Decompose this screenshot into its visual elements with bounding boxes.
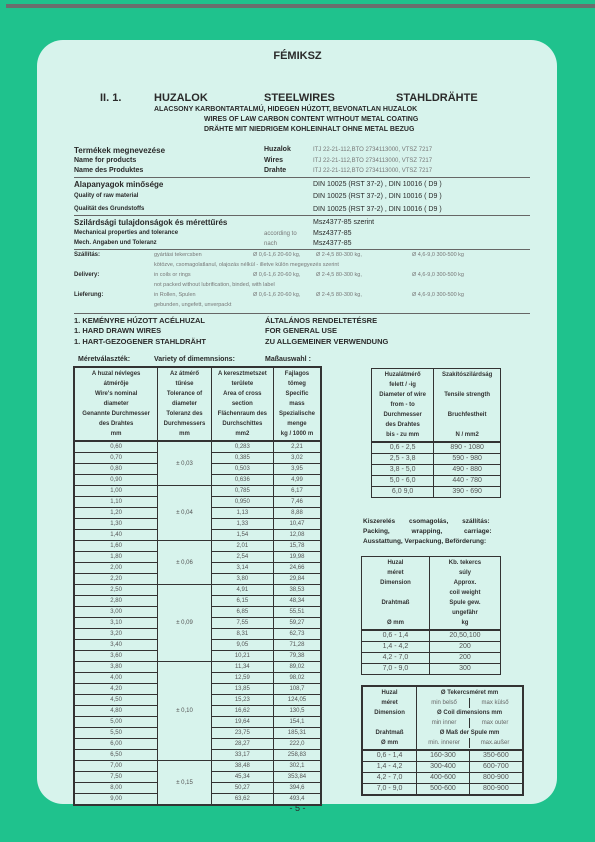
weight-cell: 200 bbox=[429, 653, 500, 664]
dimension-cell: 0,6 - 1,4 bbox=[362, 630, 430, 642]
mass-cell: 29,84 bbox=[273, 574, 321, 585]
column-header: FajlagostömegSpecificmassSpezialischemen… bbox=[273, 367, 321, 441]
standard-value: Msz4377-85 bbox=[313, 240, 352, 247]
delivery-note: not packed without lubrification, binded… bbox=[154, 282, 275, 288]
area-cell: 16,62 bbox=[211, 706, 273, 717]
diameter-cell: 5,50 bbox=[74, 728, 158, 739]
area-cell: 7,55 bbox=[211, 618, 273, 629]
table-row: 1,60± 0,062,0115,78 bbox=[74, 541, 321, 552]
divider bbox=[74, 249, 530, 250]
variety-label-en: Variety of dimemnsions: bbox=[154, 356, 235, 363]
area-cell: 33,17 bbox=[211, 750, 273, 761]
tolerance-cell: ± 0,06 bbox=[158, 541, 211, 585]
mass-cell: 8,88 bbox=[273, 508, 321, 519]
delivery-label: Szállítás: bbox=[74, 252, 100, 258]
mass-cell: 258,83 bbox=[273, 750, 321, 761]
diameter-cell: 3,20 bbox=[74, 629, 158, 640]
mass-cell: 12,08 bbox=[273, 530, 321, 541]
category-left: 1. KEMÉNYRE HÚZOTT ACÉLHUZAL bbox=[74, 316, 205, 325]
delivery-range: Ø 4,6-9,0 300-500 kg bbox=[412, 292, 464, 298]
diameter-cell: 3,00 bbox=[74, 607, 158, 618]
product-name: Wires bbox=[264, 157, 283, 164]
min-inner-cell: 160-300 bbox=[417, 750, 470, 762]
mass-cell: 10,47 bbox=[273, 519, 321, 530]
area-cell: 38,48 bbox=[211, 761, 273, 772]
table-row: 3,8 - 5,0490 - 880 bbox=[372, 465, 501, 476]
header-subtitle: min. innerermax.außer bbox=[419, 738, 520, 748]
diameter-cell: 2,80 bbox=[74, 596, 158, 607]
sub-max: max külső bbox=[470, 698, 520, 708]
size-table: A huzal névlegesátmérőjeWire's nominaldi… bbox=[73, 366, 322, 806]
area-cell: 2,54 bbox=[211, 552, 273, 563]
diameter-range-cell: 3,8 - 5,0 bbox=[372, 465, 434, 476]
diameter-cell: 0,80 bbox=[74, 464, 158, 475]
diameter-cell: 6,00 bbox=[74, 739, 158, 750]
subtitle-hu: ALACSONY KARBONTARTALMÚ, HIDEGEN HÚZOTT,… bbox=[154, 106, 417, 113]
product-code: ITJ 22-21-112,BTO 2734113000, VTSZ 7217 bbox=[313, 168, 432, 174]
spec-prefix: according to bbox=[264, 231, 297, 237]
product-code: ITJ 22-21-112,BTO 2734113000, VTSZ 7217 bbox=[313, 158, 432, 164]
tensile-cell: 890 - 1080 bbox=[434, 442, 501, 454]
standard-value: Msz4377-85 szerint bbox=[313, 219, 374, 226]
max-outer-cell: 350-600 bbox=[469, 750, 523, 762]
diameter-cell: 1,10 bbox=[74, 497, 158, 508]
table-row: 7,00± 0,1538,48302,1 bbox=[74, 761, 321, 772]
mass-cell: 185,31 bbox=[273, 728, 321, 739]
delivery-label: Lieferung: bbox=[74, 292, 103, 298]
dimension-cell: 0,6 - 1,4 bbox=[362, 750, 417, 762]
diameter-cell: 3,80 bbox=[74, 662, 158, 673]
diameter-cell: 6,50 bbox=[74, 750, 158, 761]
mass-cell: 7,46 bbox=[273, 497, 321, 508]
diameter-cell: 1,30 bbox=[74, 519, 158, 530]
header-title: Ø Maß der Spule mm bbox=[419, 728, 520, 738]
delivery-range: Ø 4,6-9,0 300-500 kg bbox=[412, 252, 464, 258]
brand-title: FÉMIKSZ bbox=[0, 50, 595, 62]
max-outer-cell: 800-900 bbox=[469, 773, 523, 784]
area-cell: 3,14 bbox=[211, 563, 273, 574]
area-cell: 12,59 bbox=[211, 673, 273, 684]
area-cell: 0,636 bbox=[211, 475, 273, 486]
column-header: A huzal névlegesátmérőjeWire's nominaldi… bbox=[74, 367, 158, 441]
mass-cell: 2,21 bbox=[273, 441, 321, 453]
diameter-cell: 4,50 bbox=[74, 695, 158, 706]
diameter-range-cell: 2,5 - 3,8 bbox=[372, 454, 434, 465]
column-header: Szakítószilárdság Tensile strength Bruch… bbox=[434, 369, 501, 443]
max-outer-cell: 600-700 bbox=[469, 762, 523, 773]
diameter-cell: 4,20 bbox=[74, 684, 158, 695]
delivery-desc: in coils or rings bbox=[154, 272, 191, 278]
area-cell: 4,91 bbox=[211, 585, 273, 596]
mass-cell: 394,6 bbox=[273, 783, 321, 794]
sub-max: max.außer bbox=[470, 738, 520, 748]
mass-cell: 19,98 bbox=[273, 552, 321, 563]
diameter-cell: 2,50 bbox=[74, 585, 158, 596]
area-cell: 0,283 bbox=[211, 441, 273, 453]
header-subtitle: min innermax outer bbox=[419, 718, 520, 728]
header-subtitle: min belsőmax külső bbox=[419, 698, 520, 708]
category-right: ZU ALLGEMEINER VERWENDUNG bbox=[265, 337, 388, 346]
dimension-cell: 1,4 - 4,2 bbox=[362, 642, 430, 653]
coil-weight-table: HuzalméretDimension Drahtmaß Ø mmKb. tek… bbox=[361, 556, 501, 675]
spec-label: Qualität des Grundstoffs bbox=[74, 206, 144, 212]
table-row: 7,0 - 9,0500-600800-900 bbox=[362, 784, 523, 796]
spec-label: Quality of raw material bbox=[74, 193, 138, 199]
table-row: 1,4 - 4,2300-400600-700 bbox=[362, 762, 523, 773]
category-left: 1. HARD DRAWN WIRES bbox=[74, 326, 161, 335]
raw-material-value: DIN 10025 (RST 37-2) , DIN 10016 ( D9 ) bbox=[313, 206, 442, 213]
area-cell: 1,13 bbox=[211, 508, 273, 519]
coil-dimensions-table: HuzalméretDimension DrahtmaßØ mmØ Tekerc… bbox=[361, 685, 524, 796]
diameter-cell: 7,50 bbox=[74, 772, 158, 783]
tolerance-cell: ± 0,15 bbox=[158, 761, 211, 806]
header-row: HuzalméretDimension Drahtmaß Ø mmKb. tek… bbox=[362, 557, 501, 631]
table-row: 3,80± 0,1011,3489,02 bbox=[74, 662, 321, 673]
mass-cell: 4,99 bbox=[273, 475, 321, 486]
mass-cell: 15,78 bbox=[273, 541, 321, 552]
area-cell: 6,85 bbox=[211, 607, 273, 618]
mass-cell: 353,84 bbox=[273, 772, 321, 783]
delivery-desc: gyártási tekercsben bbox=[154, 252, 202, 258]
table-row: 1,4 - 4,2200 bbox=[362, 642, 501, 653]
column-header: Kb. tekercssúlyApprox.coil weightSpule g… bbox=[429, 557, 500, 631]
tensile-cell: 490 - 880 bbox=[434, 465, 501, 476]
spec-label: Szilárdsági tulajdonságok és mérettűrés bbox=[74, 218, 227, 227]
area-cell: 0,785 bbox=[211, 486, 273, 497]
table-row: 4,2 - 7,0400-600800-900 bbox=[362, 773, 523, 784]
header-row: HuzalméretDimension DrahtmaßØ mmØ Tekerc… bbox=[362, 686, 523, 750]
mass-cell: 3,02 bbox=[273, 453, 321, 464]
dimension-cell: 4,2 - 7,0 bbox=[362, 653, 430, 664]
mass-cell: 108,7 bbox=[273, 684, 321, 695]
standard-value: Msz4377-85 bbox=[313, 230, 352, 237]
mass-cell: 48,34 bbox=[273, 596, 321, 607]
tolerance-cell: ± 0,10 bbox=[158, 662, 211, 761]
packing-line-de: Ausstattung, Verpackung, Beförderung: bbox=[363, 538, 486, 545]
section-title-de: STAHLDRÄHTE bbox=[396, 92, 478, 104]
diameter-cell: 3,40 bbox=[74, 640, 158, 651]
mass-cell: 124,05 bbox=[273, 695, 321, 706]
mass-cell: 79,38 bbox=[273, 651, 321, 662]
diameter-cell: 3,10 bbox=[74, 618, 158, 629]
table-row: 0,60± 0,030,2832,21 bbox=[74, 441, 321, 453]
min-inner-cell: 400-600 bbox=[417, 773, 470, 784]
table-row: 1,00± 0,040,7856,17 bbox=[74, 486, 321, 497]
packing-line-en: Packing, wrapping, carriage: bbox=[363, 528, 492, 535]
sub-min: min. innerer bbox=[419, 738, 470, 748]
area-cell: 13,85 bbox=[211, 684, 273, 695]
delivery-range: Ø 2-4,5 80-300 kg, bbox=[316, 252, 362, 258]
mass-cell: 55,51 bbox=[273, 607, 321, 618]
diameter-cell: 0,90 bbox=[74, 475, 158, 486]
mass-cell: 71,28 bbox=[273, 640, 321, 651]
delivery-range: Ø 0,6-1,6 20-60 kg, bbox=[253, 292, 300, 298]
max-outer-cell: 800-900 bbox=[469, 784, 523, 796]
header-title: Ø Coil dimensions mm bbox=[419, 708, 520, 718]
section-title-hu: HUZALOK bbox=[154, 92, 208, 104]
diameter-cell: 1,40 bbox=[74, 530, 158, 541]
category-right: ÁLTALÁNOS RENDELTETÉSRE bbox=[265, 316, 377, 325]
area-cell: 3,80 bbox=[211, 574, 273, 585]
column-header: HuzalméretDimension Drahtmaß Ø mm bbox=[362, 557, 430, 631]
delivery-range: Ø 0,6-1,6 20-60 kg, bbox=[253, 252, 300, 258]
diameter-cell: 2,20 bbox=[74, 574, 158, 585]
table-row: 5,0 - 6,0440 - 780 bbox=[372, 476, 501, 487]
weight-cell: 200 bbox=[429, 642, 500, 653]
tolerance-cell: ± 0,09 bbox=[158, 585, 211, 662]
area-cell: 19,64 bbox=[211, 717, 273, 728]
dimension-cell: 7,0 - 9,0 bbox=[362, 784, 417, 796]
sub-min: min belső bbox=[419, 698, 470, 708]
table-row: 0,6 - 1,4160-300350-600 bbox=[362, 750, 523, 762]
area-cell: 50,27 bbox=[211, 783, 273, 794]
diameter-cell: 0,60 bbox=[74, 441, 158, 453]
divider bbox=[74, 313, 530, 314]
area-cell: 23,75 bbox=[211, 728, 273, 739]
divider bbox=[74, 177, 530, 178]
column-header: Huzalátmérőfelett / -igDiameter of wiref… bbox=[372, 369, 434, 443]
column-header: A keresztmetszetterületeArea of crosssec… bbox=[211, 367, 273, 441]
product-name: Drahte bbox=[264, 167, 286, 174]
variety-label-hu: Méretválaszték: bbox=[78, 356, 130, 363]
spec-label: Mech. Angaben und Toleranz bbox=[74, 240, 157, 246]
diameter-cell: 1,80 bbox=[74, 552, 158, 563]
tolerance-cell: ± 0,03 bbox=[158, 441, 211, 486]
raw-material-value: DIN 10025 (RST 37-2) , DIN 10016 ( D9 ) bbox=[313, 193, 442, 200]
area-cell: 8,31 bbox=[211, 629, 273, 640]
diameter-cell: 3,60 bbox=[74, 651, 158, 662]
mass-cell: 89,02 bbox=[273, 662, 321, 673]
area-cell: 0,503 bbox=[211, 464, 273, 475]
area-cell: 11,34 bbox=[211, 662, 273, 673]
section-number: II. 1. bbox=[100, 92, 121, 104]
tolerance-cell: ± 0,04 bbox=[158, 486, 211, 541]
area-cell: 10,21 bbox=[211, 651, 273, 662]
weight-cell: 300 bbox=[429, 664, 500, 675]
tensile-strength-table: Huzalátmérőfelett / -igDiameter of wiref… bbox=[371, 368, 501, 498]
table-row: 7,0 - 9,0300 bbox=[362, 664, 501, 675]
spec-label: Alapanyagok minősége bbox=[74, 180, 163, 189]
diameter-cell: 1,60 bbox=[74, 541, 158, 552]
spec-label: Mechanical properties and tolerance bbox=[74, 230, 178, 236]
table-row: 0,6 - 2,5890 - 1080 bbox=[372, 442, 501, 454]
area-cell: 28,27 bbox=[211, 739, 273, 750]
diameter-cell: 1,20 bbox=[74, 508, 158, 519]
area-cell: 0,385 bbox=[211, 453, 273, 464]
mass-cell: 302,1 bbox=[273, 761, 321, 772]
column-header: Az átmérőtűréseTolerance ofdiameterToler… bbox=[158, 367, 211, 441]
diameter-range-cell: 6,0 9,0 bbox=[372, 487, 434, 498]
area-cell: 9,05 bbox=[211, 640, 273, 651]
sub-min: min inner bbox=[419, 718, 470, 728]
table-row: 2,5 - 3,8590 - 980 bbox=[372, 454, 501, 465]
mass-cell: 24,66 bbox=[273, 563, 321, 574]
divider bbox=[74, 215, 530, 216]
table-row: 2,50± 0,094,9138,53 bbox=[74, 585, 321, 596]
mass-cell: 62,73 bbox=[273, 629, 321, 640]
diameter-cell: 1,00 bbox=[74, 486, 158, 497]
area-cell: 1,33 bbox=[211, 519, 273, 530]
area-cell: 15,23 bbox=[211, 695, 273, 706]
weight-cell: 20,50,100 bbox=[429, 630, 500, 642]
mass-cell: 154,1 bbox=[273, 717, 321, 728]
min-inner-cell: 500-600 bbox=[417, 784, 470, 796]
diameter-cell: 7,00 bbox=[74, 761, 158, 772]
delivery-label: Delivery: bbox=[74, 272, 99, 278]
diameter-cell: 5,00 bbox=[74, 717, 158, 728]
mass-cell: 130,5 bbox=[273, 706, 321, 717]
page-number: - 5 - bbox=[0, 803, 595, 813]
area-cell: 2,01 bbox=[211, 541, 273, 552]
section-title-en: STEELWIRES bbox=[264, 92, 335, 104]
delivery-range: Ø 4,6-9,0 300-500 kg bbox=[412, 272, 464, 278]
column-header: Ø Tekercsméret mmmin belsőmax külsőØ Coi… bbox=[417, 686, 523, 750]
min-inner-cell: 300-400 bbox=[417, 762, 470, 773]
category-right: FOR GENERAL USE bbox=[265, 326, 337, 335]
header-row: A huzal névlegesátmérőjeWire's nominaldi… bbox=[74, 367, 321, 441]
subtitle-en: WIRES OF LAW CARBON CONTENT WITHOUT META… bbox=[204, 116, 418, 123]
scan-top-edge bbox=[6, 4, 595, 8]
diameter-cell: 4,00 bbox=[74, 673, 158, 684]
mass-cell: 98,02 bbox=[273, 673, 321, 684]
delivery-range: Ø 0,6-1,6 20-60 kg, bbox=[253, 272, 300, 278]
table-row: 4,2 - 7,0200 bbox=[362, 653, 501, 664]
packing-line-hu: Kiszerelés csomagolás, szállítás: bbox=[363, 518, 490, 525]
diameter-cell: 4,80 bbox=[74, 706, 158, 717]
category-left: 1. HART-GEZOGENER STAHLDRÄHT bbox=[74, 337, 206, 346]
variety-label-de: Maßauswahl : bbox=[265, 356, 311, 363]
diameter-range-cell: 5,0 - 6,0 bbox=[372, 476, 434, 487]
mass-cell: 6,17 bbox=[273, 486, 321, 497]
spec-label: Name des Produktes bbox=[74, 167, 143, 174]
sub-max: max outer bbox=[470, 718, 520, 728]
spec-prefix: nach bbox=[264, 241, 277, 247]
area-cell: 1,54 bbox=[211, 530, 273, 541]
mass-cell: 38,53 bbox=[273, 585, 321, 596]
diameter-cell: 8,00 bbox=[74, 783, 158, 794]
mass-cell: 3,95 bbox=[273, 464, 321, 475]
table-row: 6,0 9,0390 - 690 bbox=[372, 487, 501, 498]
delivery-range: Ø 2-4,5 80-300 kg, bbox=[316, 272, 362, 278]
spec-label: Termékek megnevezése bbox=[74, 146, 165, 155]
mass-cell: 222,0 bbox=[273, 739, 321, 750]
dimension-cell: 4,2 - 7,0 bbox=[362, 773, 417, 784]
product-code: ITJ 22-21-112,BTO 2734113000, VTSZ 7217 bbox=[313, 147, 432, 153]
delivery-note: gebunden, ungefett, unverpackt bbox=[154, 302, 231, 308]
delivery-range: Ø 2-4,5 80-300 kg, bbox=[316, 292, 362, 298]
spec-label: Name for products bbox=[74, 157, 136, 164]
diameter-cell: 0,70 bbox=[74, 453, 158, 464]
dimension-cell: 7,0 - 9,0 bbox=[362, 664, 430, 675]
header-row: Huzalátmérőfelett / -igDiameter of wiref… bbox=[372, 369, 501, 443]
subtitle-de: DRÄHTE MIT NIEDRIGEM KOHLEINHALT OHNE ME… bbox=[204, 126, 414, 133]
mass-cell: 59,27 bbox=[273, 618, 321, 629]
header-title: Ø Tekercsméret mm bbox=[419, 688, 520, 698]
delivery-note: kötözve, csomagolatlanul, olajozás nélkü… bbox=[154, 262, 339, 268]
diameter-cell: 2,00 bbox=[74, 563, 158, 574]
tensile-cell: 590 - 980 bbox=[434, 454, 501, 465]
raw-material-value: DIN 10025 (RST 37-2) , DIN 10016 ( D9 ) bbox=[313, 181, 442, 188]
tensile-cell: 440 - 780 bbox=[434, 476, 501, 487]
area-cell: 0,950 bbox=[211, 497, 273, 508]
dimension-cell: 1,4 - 4,2 bbox=[362, 762, 417, 773]
area-cell: 45,34 bbox=[211, 772, 273, 783]
diameter-range-cell: 0,6 - 2,5 bbox=[372, 442, 434, 454]
product-name: Huzalok bbox=[264, 146, 291, 153]
column-header: HuzalméretDimension DrahtmaßØ mm bbox=[362, 686, 417, 750]
area-cell: 6,15 bbox=[211, 596, 273, 607]
tensile-cell: 390 - 690 bbox=[434, 487, 501, 498]
delivery-desc: in Rollen, Spulen bbox=[154, 292, 196, 298]
table-row: 0,6 - 1,420,50,100 bbox=[362, 630, 501, 642]
